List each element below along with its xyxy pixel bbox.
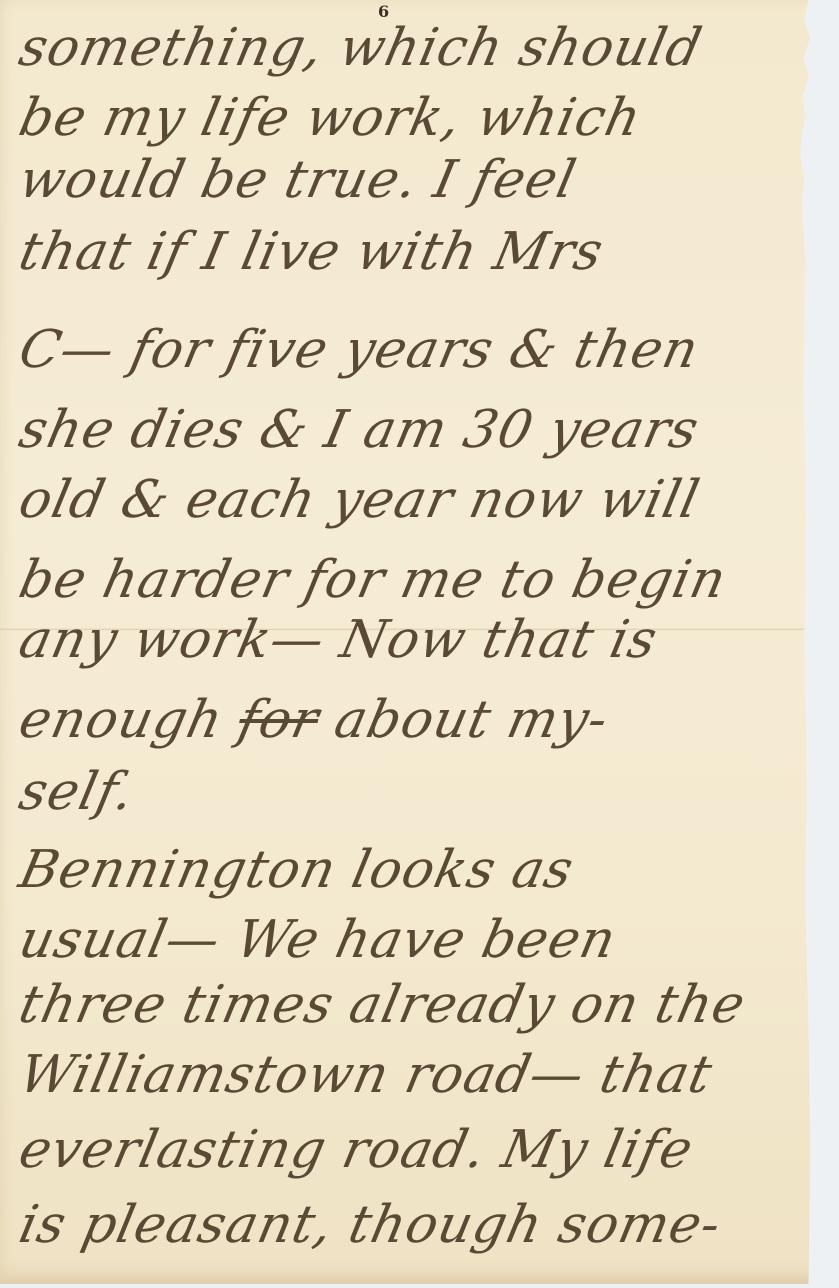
- letter-page: 6 something, which should be my life wor…: [0, 0, 825, 1284]
- text-line: three times already on the: [14, 975, 751, 1035]
- text-line: usual— We have been: [14, 910, 622, 970]
- text-line: she dies & I am 30 years: [14, 400, 704, 460]
- text-line: C— for five years & then: [14, 320, 704, 380]
- text-line: self.: [14, 762, 140, 822]
- text-fragment: enough: [14, 690, 246, 750]
- text-line: be harder for me to begin: [14, 550, 732, 610]
- text-line: something, which should: [14, 18, 707, 78]
- text-line: Bennington looks as: [14, 840, 579, 900]
- text-line-with-strikeout: enough for about my-: [14, 690, 614, 750]
- text-fragment: about my-: [312, 690, 614, 750]
- text-line: old & each year now will: [14, 470, 705, 530]
- text-line: Williamstown road— that: [14, 1045, 718, 1105]
- text-line: any work— Now that is: [14, 610, 663, 670]
- text-line: be my life work, which: [14, 88, 647, 148]
- text-line: is pleasant, though some-: [14, 1195, 727, 1255]
- text-line: everlasting road. My life: [14, 1120, 699, 1180]
- struck-out-word: for: [233, 690, 324, 750]
- text-line: that if I live with Mrs: [14, 222, 609, 282]
- text-line: would be true. I feel: [14, 150, 582, 210]
